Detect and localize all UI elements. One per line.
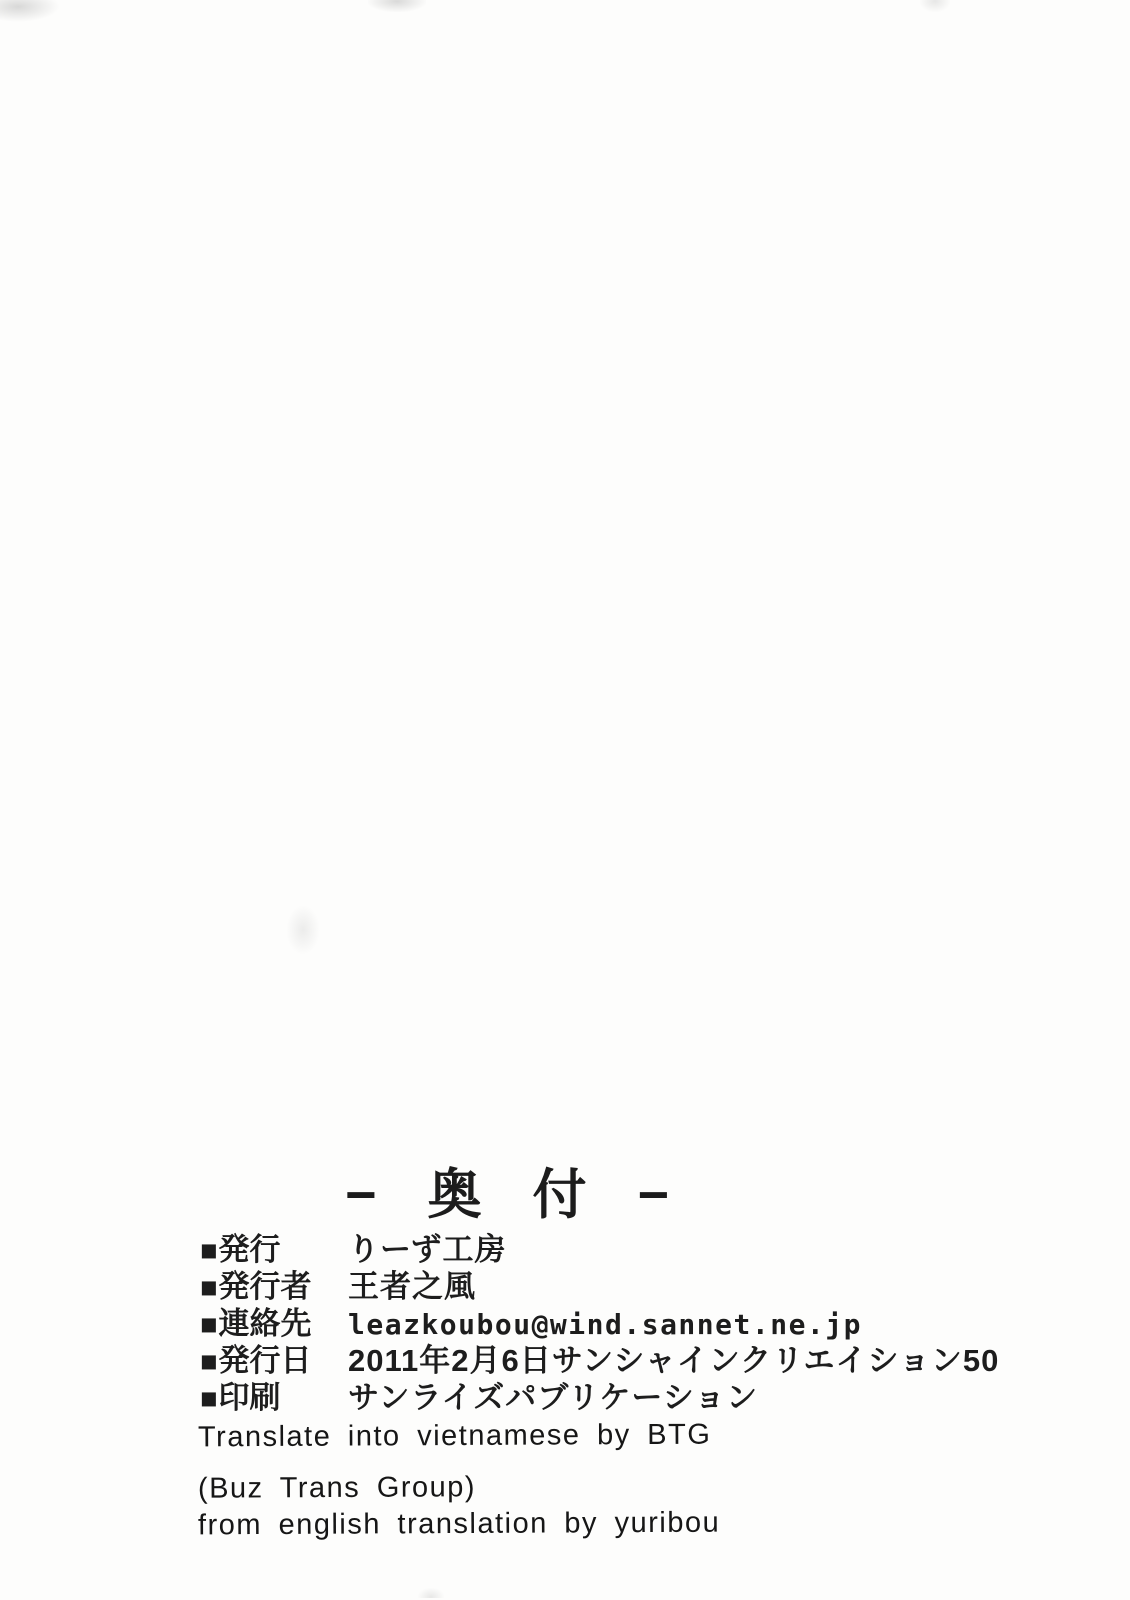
credit-line: Translate into vietnamese by BTG: [198, 1419, 712, 1455]
square-bullet-icon: ■: [200, 1381, 218, 1418]
scan-artifact: [0, 0, 60, 22]
scanned-page: − 奥 付 − ■ 発行 りーず工房 ■ 発行者 王者之風 ■ 連絡先 leaz…: [0, 0, 1130, 1600]
row-value: 2011年2月6日サンシャインクリエイション50: [348, 1342, 999, 1379]
credit-line: (Buz Trans Group): [198, 1471, 476, 1505]
colophon-row-author: ■ 発行者 王者之風: [200, 1268, 1080, 1305]
square-bullet-icon: ■: [200, 1270, 218, 1307]
row-label: 印刷: [219, 1379, 281, 1416]
colophon-info: ■ 発行 りーず工房 ■ 発行者 王者之風 ■ 連絡先 leazkoubou@w…: [200, 1231, 1080, 1416]
row-value: 王者之風: [348, 1268, 476, 1305]
colophon-row-printing: ■ 印刷 サンライズパブリケーション: [200, 1379, 1080, 1416]
scan-artifact: [418, 1588, 444, 1598]
square-bullet-icon: ■: [200, 1233, 218, 1270]
row-label: 発行: [219, 1231, 281, 1268]
credit-line: from english translation by yuribou: [198, 1507, 720, 1543]
scan-artifact: [286, 905, 320, 955]
colophon-row-publish-date: ■ 発行日 2011年2月6日サンシャインクリエイション50: [200, 1342, 1080, 1379]
square-bullet-icon: ■: [200, 1344, 218, 1381]
square-bullet-icon: ■: [200, 1307, 218, 1344]
scan-artifact: [920, 0, 950, 12]
row-label: 発行者: [219, 1268, 312, 1305]
colophon-row-publisher: ■ 発行 りーず工房: [200, 1231, 1080, 1268]
colophon-row-contact: ■ 連絡先 leazkoubou@wind.sannet.ne.jp: [200, 1305, 1080, 1342]
row-value: サンライズパブリケーション: [348, 1379, 758, 1416]
row-label: 発行日: [219, 1342, 312, 1379]
row-value-email: leazkoubou@wind.sannet.ne.jp: [348, 1306, 862, 1343]
scan-artifact: [368, 0, 426, 12]
row-label: 連絡先: [219, 1305, 312, 1342]
colophon-title: − 奥 付 −: [0, 1152, 1024, 1229]
row-value: りーず工房: [348, 1231, 506, 1268]
